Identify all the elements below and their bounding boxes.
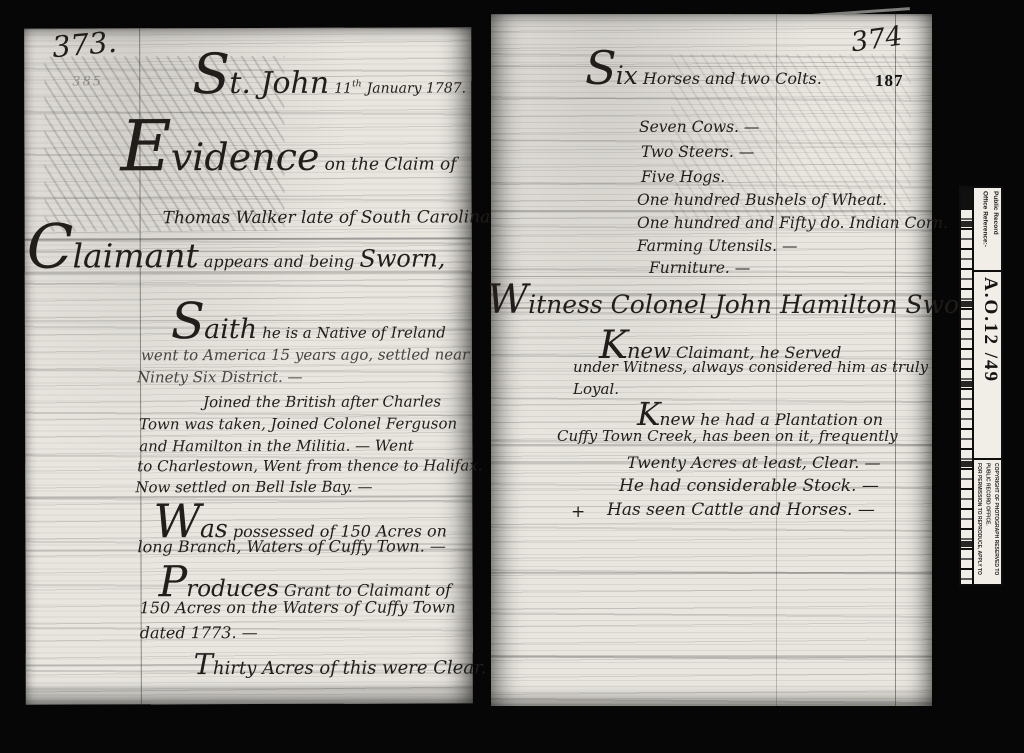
scan-artifact: [491, 655, 932, 658]
manuscript-page-right: 374 187 Six Horses and two Colts. Seven …: [491, 14, 932, 706]
body-line: and Hamilton in the Militia. — Went: [139, 439, 413, 455]
microfilm-scan: 373. 385 St. John 11th January 1787. Evi…: [0, 0, 1024, 753]
body-line: Town was taken, Joined Colonel Ferguson: [139, 416, 457, 432]
manuscript-page-left: 373. 385 St. John 11th January 1787. Evi…: [24, 27, 473, 704]
inventory-item: Seven Cows. —: [639, 120, 759, 136]
copyright-notice: COPYRIGHT OF PHOTOGRAPH RESERVED TO PUBL…: [974, 460, 1001, 584]
evidence-word: Evidence: [120, 122, 319, 172]
reference-label-line: Office Reference:-: [979, 191, 989, 267]
claimant-word: Claimant: [27, 226, 199, 269]
reference-label: Public Record Office Reference:-: [974, 188, 1001, 272]
inventory-item: Furniture. —: [649, 261, 750, 277]
first-item-tail: Horses and two Colts.: [643, 69, 822, 88]
scan-artifact: [26, 685, 473, 691]
statement-line: Has seen Cattle and Horses. —: [607, 502, 875, 519]
produces-line: Produces Grant to Claimant of: [159, 567, 452, 599]
inventory-item: One hundred and Fifty do. Indian Corn.: [637, 216, 948, 232]
body-line: long Branch, Waters of Cuffy Town. —: [137, 538, 445, 555]
testimony-line: Cuffy Town Creek, has been on it, freque…: [557, 429, 898, 444]
page-number-left: 373.: [51, 28, 118, 63]
claimant-mid: appears and being: [204, 252, 355, 271]
first-item-word: Six: [585, 52, 638, 85]
testimony1-word: Knew: [599, 332, 671, 359]
possession-line: Was possessed of 150 Acres on: [153, 504, 447, 540]
copyright-line: FOR PERMISSION TO REPRODUCE, APPLY TO PU…: [974, 463, 983, 581]
testimony-line: Knew Claimant, he Served: [599, 332, 841, 361]
body-line: went to America 15 years ago, settled ne…: [141, 347, 469, 363]
saith-word: Saith: [171, 304, 257, 340]
witness-line: Witness Colonel John Hamilton Sworn: [487, 280, 987, 320]
evidence-title: Evidence on the Claim of: [120, 121, 456, 174]
stamp-number: 187: [875, 71, 904, 91]
scan-artifact: [491, 210, 932, 212]
dateline-place: St. John: [192, 56, 329, 95]
body-line: 150 Acres on the Waters of Cuffy Town: [140, 599, 456, 616]
body-line: Joined the British after Charles: [203, 394, 441, 410]
copyright-line: COPYRIGHT OF PHOTOGRAPH RESERVED TO PUBL…: [983, 463, 1000, 581]
ordinal-superscript: th: [352, 79, 361, 89]
body-line: Now settled on Bell Isle Bay. —: [135, 480, 372, 496]
closing-line: Thirty Acres of this were Clear.: [194, 649, 487, 679]
saith-line: Saith he is a Native of Ireland: [171, 303, 446, 341]
dateline: St. John 11th January 1787.: [192, 55, 466, 96]
inventory-item: Farming Utensils. —: [637, 239, 797, 255]
inventory-item: One hundred Bushels of Wheat.: [637, 193, 887, 209]
cross-mark: +: [571, 504, 585, 521]
ruler-scale: [961, 188, 974, 584]
evidence-tail: on the Claim of: [325, 154, 457, 174]
statement-line: Twenty Acres at least, Clear. —: [627, 455, 880, 471]
dateline-rest: January 1787.: [367, 80, 467, 96]
saith-tail: he is a Native of Ireland: [262, 323, 446, 341]
testimony-line: Loyal.: [573, 382, 619, 397]
claimant-sworn: Sworn,: [359, 244, 445, 272]
scan-artifact: [491, 572, 932, 574]
reference-label-line: Public Record: [990, 191, 1000, 267]
inventory-item: Five Hogs.: [641, 170, 725, 186]
inventory-first-line: Six Horses and two Colts.: [585, 52, 822, 87]
inventory-item: Two Steers. —: [641, 145, 754, 161]
claimant-line: Claimant appears and being Sworn,: [27, 225, 446, 271]
statement-line: He had considerable Stock. —: [619, 478, 879, 495]
body-line: Ninety Six District. —: [137, 370, 303, 385]
page-number-right: 374: [849, 23, 904, 57]
testimony2-word: Knew: [637, 404, 695, 427]
testimony-line: under Witness, always considered him as …: [573, 360, 928, 375]
body-line: to Charlestown, Went from thence to Hali…: [137, 458, 482, 474]
produces-word: Produces: [159, 568, 279, 598]
reference-number: A.O.12 /49: [974, 272, 1001, 460]
testimony-line: Knew he had a Plantation on: [637, 404, 883, 428]
ghost-number: 385: [72, 74, 103, 89]
reference-text-column: Public Record Office Reference:- A.O.12 …: [974, 188, 1001, 584]
archive-reference-strip: Public Record Office Reference:- A.O.12 …: [959, 186, 1003, 586]
dateline-day: 11: [334, 81, 352, 97]
possession-word: Was: [153, 505, 227, 538]
body-line: dated 1773. —: [140, 625, 258, 641]
